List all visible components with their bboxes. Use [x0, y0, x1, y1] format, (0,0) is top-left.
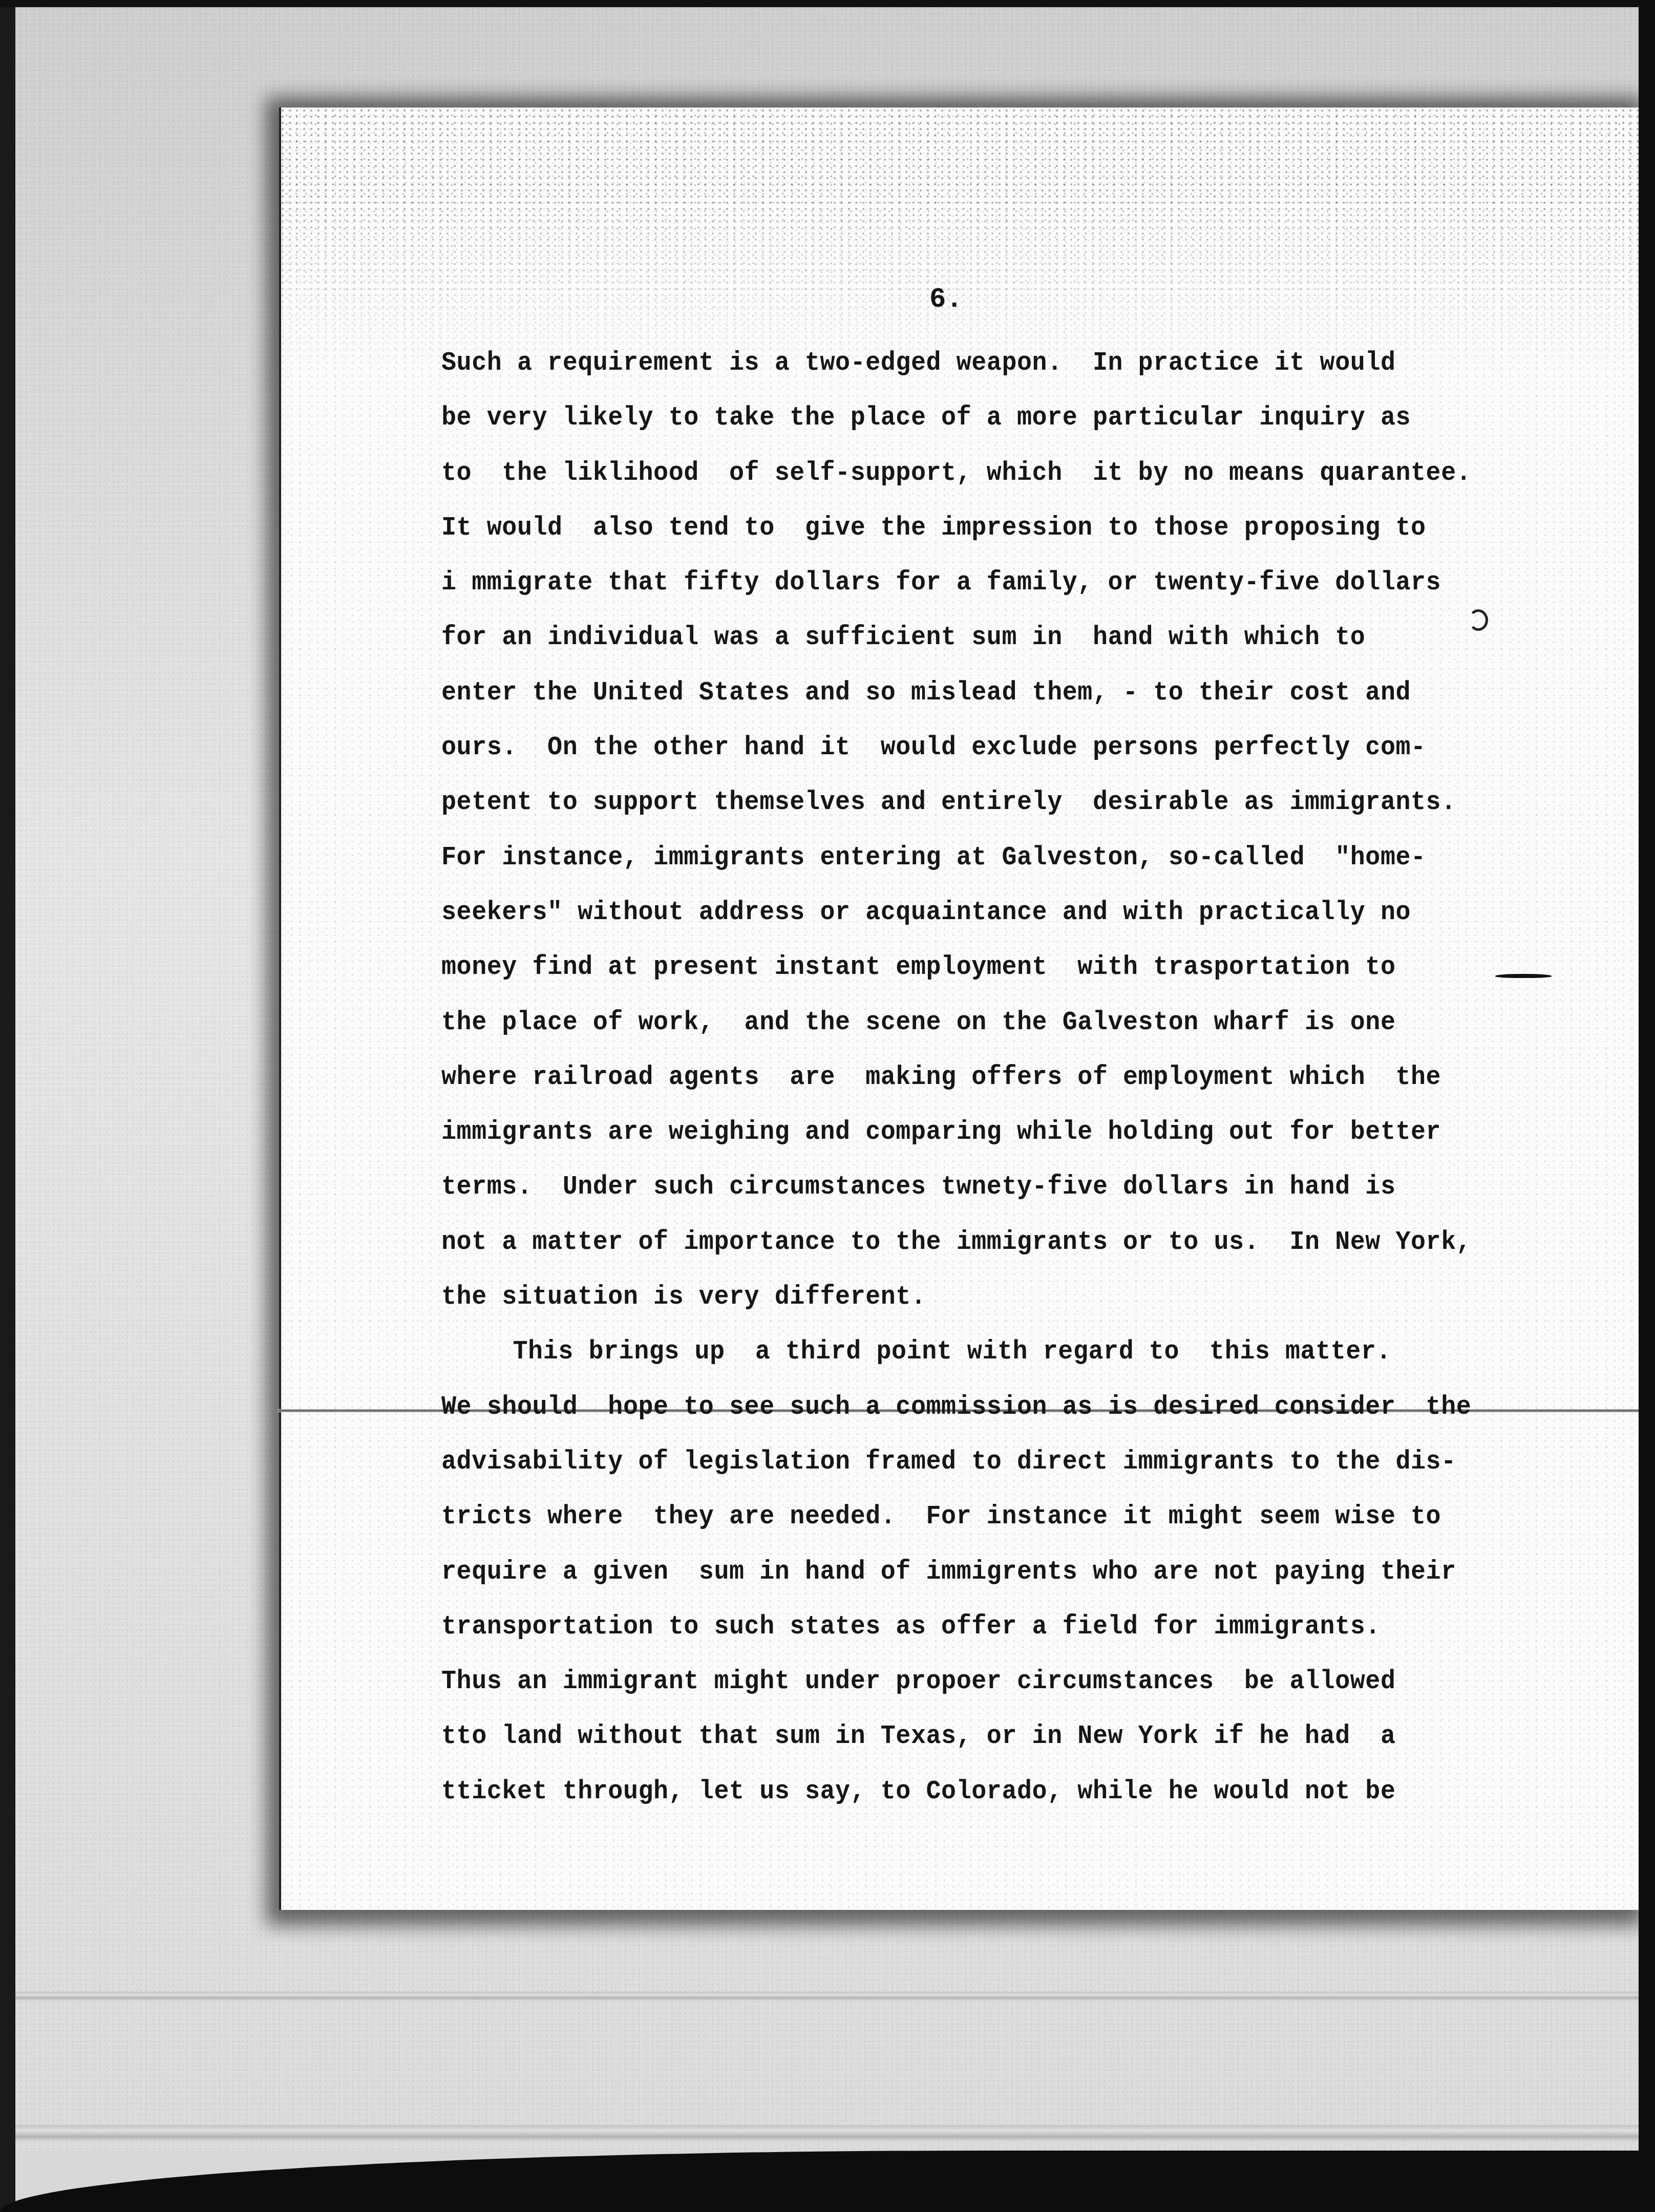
text-line: Thus an immigrant might under propoer ci… [441, 1654, 1489, 1709]
text-line: We should hope to see such a commission … [441, 1379, 1489, 1434]
text-line: This brings up a third point with regard… [441, 1324, 1489, 1379]
text-line: where railroad agents are making offers … [441, 1050, 1489, 1104]
scan-right-border [1639, 0, 1655, 2212]
text-line: tricts where they are needed. For instan… [441, 1489, 1489, 1544]
text-line: money find at present instant employment… [441, 940, 1489, 994]
text-line: ours. On the other hand it would exclude… [441, 720, 1489, 775]
text-line: be very likely to take the place of a mo… [441, 390, 1489, 445]
text-line: Such a requirement is a two-edged weapon… [441, 335, 1489, 390]
text-line: seekers" without address or acquaintance… [441, 885, 1489, 940]
text-line: the situation is very different. [441, 1269, 1489, 1324]
text-line: i mmigrate that fifty dollars for a fami… [441, 555, 1489, 610]
text-line: for an individual was a sufficient sum i… [441, 610, 1489, 665]
margin-circle-mark-icon [1469, 609, 1488, 631]
page-number: 6. [929, 284, 963, 315]
text-line: require a given sum in hand of immigrent… [441, 1544, 1489, 1599]
text-line: For instance, immigrants entering at Gal… [441, 830, 1489, 885]
text-line: terms. Under such circumstances twnety-f… [441, 1159, 1489, 1214]
text-line: the place of work, and the scene on the … [441, 995, 1489, 1050]
scan-artifact-band [15, 1992, 1639, 2001]
document-body: Such a requirement is a two-edged weapon… [441, 335, 1568, 1819]
text-line: to the liklihood of self-support, which … [441, 445, 1489, 500]
text-line: petent to support themselves and entirel… [441, 775, 1489, 829]
text-line: tticket through, let us say, to Colorado… [441, 1764, 1489, 1819]
text-line: transportation to such states as offer a… [441, 1599, 1489, 1654]
text-line: It would also tend to give the impressio… [441, 500, 1489, 555]
paper-speckle-noise [279, 108, 1639, 374]
text-line: tto land without that sum in Texas, or i… [441, 1709, 1489, 1763]
scan-left-edge [0, 0, 15, 2212]
text-line: advisability of legislation framed to di… [441, 1434, 1489, 1489]
scan-top-border [0, 0, 1655, 7]
margin-dash-mark-icon [1495, 974, 1552, 978]
scan-artifact-band [15, 2125, 1639, 2142]
text-line: enter the United States and so mislead t… [441, 665, 1489, 720]
text-line: not a matter of importance to the immigr… [441, 1215, 1489, 1269]
text-line: immigrants are weighing and comparing wh… [441, 1104, 1489, 1159]
scan-bottom-border [0, 2151, 1655, 2212]
